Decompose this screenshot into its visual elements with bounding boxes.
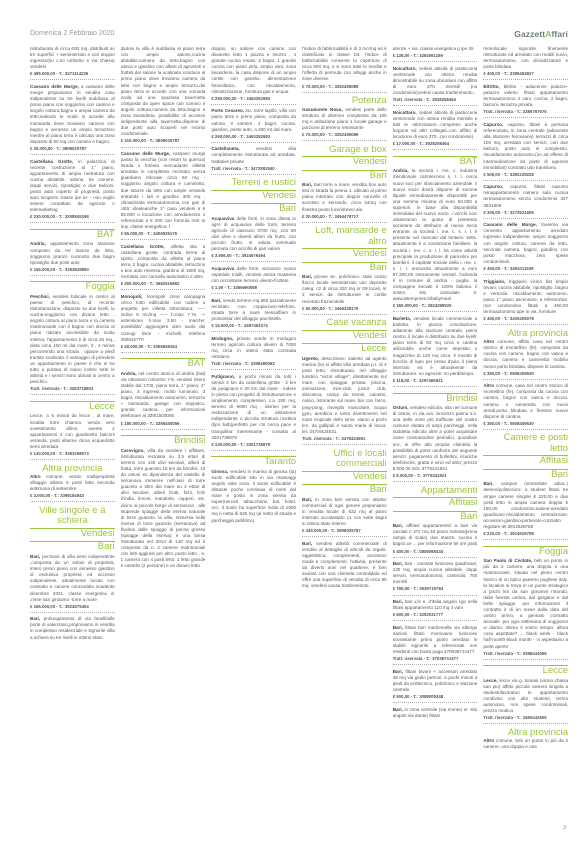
city-heading: BAT: [121, 358, 206, 370]
ad-description: doppio, un salone con camino con divanet…: [211, 46, 296, 94]
city-heading: Lecce: [302, 343, 387, 355]
ad-location: Cassano delle Murge,: [483, 222, 536, 227]
ad-description: vendesi bilocale in centro al paese di p…: [30, 294, 115, 384]
classified-ad: Ugento, descrizione: salento ad ugento m…: [302, 356, 387, 449]
ad-description: picone vic. policlinico- stale orazio fl…: [302, 274, 387, 303]
ad-description: in zona ben servita con attivita' commer…: [302, 497, 387, 526]
page-header: Domenica 2 Febbraio 2020 GazzettAffari: [30, 30, 568, 44]
ad-price-contact: € 400,00 - T.: 0808068434: [393, 548, 478, 558]
ad-body: l'indice di fabbricabilità è di 3 mc/mq …: [302, 46, 387, 83]
classified-ad: Barletta, vendesi locale commerciale a b…: [393, 316, 478, 391]
ad-price-contact: € 750,00 - T.: 3939719784: [393, 585, 478, 595]
ad-location: Castellana Grotte,: [121, 244, 165, 249]
classified-ad: Bari, prolungamento di via fanelli/alle …: [30, 616, 115, 642]
ad-description: la società i. me. c. industria meridiona…: [393, 168, 478, 301]
ad-body: Castellana Grotte, in palazzina di recen…: [30, 159, 115, 214]
category-heading: Altra provincia: [483, 329, 568, 340]
ad-location: Castellana Grotte,: [30, 159, 73, 164]
ad-price-contact: € 3.606,00 - T.: 3924676494: [211, 252, 296, 262]
ad-body: Bari, porzione di villa semi indipendent…: [30, 554, 115, 603]
category-heading: Garage e box: [302, 145, 387, 156]
column-5: utenze + iva. classe energetica g ipe 45…: [393, 46, 478, 821]
ad-description: monolocale signorile finemente ristruttu…: [483, 46, 568, 69]
ad-description: diatoni la villa è suddivisa al piano te…: [121, 46, 206, 136]
ad-description: nel centro storico di andria (bat) via o…: [121, 371, 206, 419]
ad-location: Altro: [483, 738, 494, 743]
ad-location: Bari,: [30, 554, 40, 559]
ad-description: a cassano delle murge proponiamo in vend…: [30, 84, 115, 144]
classified-ad: Capurso, capurso, fittasi a persona refe…: [483, 122, 568, 184]
ad-location: Lecce,: [483, 678, 497, 683]
classified-ad: Porto Cesareo, loc. torre lapillo, villa…: [211, 108, 296, 146]
classified-ad: Bari, in zona centrale (via monte) nr. s…: [393, 707, 478, 721]
classified-ad: Ostuni, vendesi edicola, sita nel comune…: [393, 405, 478, 486]
ad-description: comune, casa nel centro storico di monte…: [483, 383, 568, 418]
classified-ad: Putignano, a pochi minuti da tutti i ser…: [211, 374, 296, 455]
classifieds-columns: ristrutturato di circa 600 mq ,distribui…: [30, 46, 568, 821]
classified-ad: Castellana Grotte, in palazzina di recen…: [30, 159, 115, 227]
ad-body: Bari, vendesi attività commerciale di ve…: [302, 541, 387, 590]
ad-location: Bari,: [393, 599, 403, 604]
ad-body: Capurso, capurso, fittasi a persona refe…: [483, 122, 568, 171]
ad-price-contact: € 130.000,00 - T.: 3393298073: [30, 450, 115, 460]
ad-description: bari - carrassi luminoso quadrivani, 130…: [393, 561, 478, 584]
column-6: monolocale signorile finemente ristruttu…: [483, 46, 568, 821]
ad-description: ristrutturato di circa 600 mq ,distribui…: [30, 46, 115, 69]
ad-price-contact: € 180.000,00 - T.: 3395450056: [121, 420, 206, 430]
category-heading: Case vacanza: [302, 318, 387, 329]
ad-description: porzione di villa semi indipendente ,com…: [30, 554, 115, 602]
ad-body: Bari, campus (immediate adiac.) ateneo/p…: [483, 481, 568, 530]
classified-ad: Modugno, privato vende in modugno terren…: [211, 336, 296, 374]
city-heading: Lecce: [30, 401, 115, 413]
ad-body: ristrutturato di circa 600 mq ,distribui…: [30, 46, 115, 70]
ad-location: Porto Cesareo,: [211, 108, 244, 113]
city-heading: Lecce: [483, 665, 568, 677]
classified-ad: Bari, fittasi bivani + accessori arredat…: [393, 669, 478, 707]
ad-price-contact: € 30.000,00 - T.: 0808025787: [30, 145, 115, 155]
ad-price-contact: € 349.000,00 - T.: 0808025787: [302, 527, 387, 537]
ad-location: Putignano,: [211, 374, 235, 379]
category-heading: Loft, mansarde e altro: [302, 226, 387, 247]
ad-body: Bitritto, bitritto - adiacenze palazzo-p…: [483, 84, 568, 108]
ad-body: Altro comune, affitto casa nel centro st…: [483, 339, 568, 369]
ad-description: capurso, fittasi a persona referenziata,…: [483, 122, 568, 170]
classified-ad: Bari, affitasi appartamento a bari via c…: [393, 523, 478, 561]
ad-description: bari v.le e. d'italia angolo l.go sella …: [393, 599, 478, 610]
ad-location: Noicattaro,: [393, 110, 417, 115]
ad-price-contact: € 350,00 - T.: 0808409530: [483, 420, 568, 430]
city-heading: BAT: [30, 229, 115, 241]
listing-type-heading: Vendesi: [302, 248, 387, 260]
category-heading: Uffici e locali commerciali: [302, 449, 387, 470]
ad-price-contact: € 350,00 - T.: 0808409530: [483, 370, 568, 380]
classified-ad: utenze + iva. classe energetica g ipe 45…: [393, 46, 478, 66]
city-heading: Bari: [302, 484, 387, 496]
ad-description: monopoli zona campagna cerco lotto edifi…: [121, 294, 206, 342]
column-1: ristrutturato di circa 600 mq ,distribui…: [30, 46, 115, 821]
ad-body: Lecce, a 5 minuti da lecce , al mare, lo…: [30, 413, 115, 450]
ad-description: vendesi attività commerciale di vendita …: [302, 541, 387, 589]
ad-location: Bari,: [302, 182, 312, 187]
ad-price-contact: € 8.000,00 - T.: 3775341921: [393, 472, 478, 482]
classified-ad: Cassano delle Murge, traversa via conven…: [483, 222, 568, 278]
ad-description: vendo terreno mq.950 parzialmente recint…: [211, 298, 296, 321]
ad-body: Peschici, vendesi bilocale in centro al …: [30, 294, 115, 385]
classified-ad: Bari, bari v.le e. d'italia angolo l.go …: [393, 599, 478, 625]
ad-body: Altro comune, casa nel centro storico di…: [483, 383, 568, 420]
classified-ad: Bari, bari torre a mare, vendita box aut…: [302, 182, 387, 226]
ad-location: Bitritto,: [483, 84, 499, 89]
ad-location: Altro: [483, 383, 494, 388]
ad-location: Bari,: [393, 625, 403, 630]
ad-price-contact: € 60.000,00 - T.: 3466328179: [302, 305, 387, 315]
ad-description: triggiano vicino fiat ampio trivani, cuc…: [483, 279, 568, 314]
ad-description: vendesi locale commerciale a barletta, i…: [393, 316, 478, 376]
ad-description: a pochi minuti da tutti i servizi 3 km d…: [211, 374, 296, 440]
ad-body: Altro comune, bnb un punto in più da 2 c…: [483, 738, 568, 750]
ad-price-contact: € 500,00 - T.: 3392229228: [483, 171, 568, 181]
classified-ad: Altro comune, affitto casa nel centro st…: [483, 339, 568, 383]
classified-ad: Andria, la società i. me. c. industria m…: [393, 168, 478, 316]
ad-location: Bari,: [393, 523, 403, 528]
category-heading: Camere e posti letto: [483, 433, 568, 454]
classified-ad: Triggiano, triggiano vicino fiat ampio t…: [483, 279, 568, 329]
ad-body: Putignano, a pochi minuti da tutti i ser…: [211, 374, 296, 441]
ad-location: San Paolo di Civitate,: [483, 558, 532, 563]
city-heading: Foggia: [30, 281, 115, 293]
ad-description: Lecce, a 5 minuti da lecce , al mare, lo…: [30, 413, 115, 448]
ad-body: Bari, picone vic. policlinico- stale ora…: [302, 274, 387, 304]
classified-ad: Bari, fittasi bari madonnella via alberg…: [393, 625, 478, 669]
ad-price-contact: € 450,00 - T.: 3491011539: [483, 265, 568, 275]
ad-description: affitasi appartamento a bari via carolat…: [393, 523, 478, 546]
classified-ad: Cassano delle Murge, cassano murge passo…: [121, 151, 206, 244]
ad-body: Cassano delle Murge, a cassano delle mur…: [30, 84, 115, 145]
classified-ad: Andria, nel centro storico di andria (ba…: [121, 371, 206, 433]
ad-price-contact: Tratt. riservata - T.: 3393718803: [30, 385, 115, 395]
ad-price-contact: Tratt. riservata - T.: 3465442609: [483, 714, 568, 724]
ad-location: Cassano delle Murge,: [30, 84, 79, 89]
ad-description: beb un punto in più da 2 camere, una dop…: [483, 558, 568, 648]
ad-body: Noicattaro, cedesi attività di pasticcer…: [393, 66, 478, 96]
ad-price-contact: € 20.000,00 - T.: 3494479717: [302, 213, 387, 223]
ad-description: campus (immediate adiac.) ateneo/politec…: [483, 481, 568, 529]
classified-ad: Peschici, vendesi bilocale in centro al …: [30, 294, 115, 399]
ad-location: Acquaviva: [211, 266, 234, 271]
ad-body: Andria, la società i. me. c. industria m…: [393, 168, 478, 302]
classified-ad: ristrutturato di circa 600 mq ,distribui…: [30, 46, 115, 84]
ad-body: Barletta, vendesi locale commerciale a b…: [393, 316, 478, 377]
classified-ad: Ginosa, vendesi in marina di ginosa (ta)…: [211, 469, 296, 525]
page-number: 3: [563, 825, 566, 831]
ad-description: l'indice di fabbricabilità è di 3 mc/mq …: [302, 46, 387, 81]
ad-location: Bari,: [483, 481, 493, 486]
ad-location: Andria,: [121, 371, 137, 376]
classified-ad: Bari, bari - carrassi luminoso quadrivan…: [393, 561, 478, 599]
ad-body: Bari, bari torre a mare, vendita box aut…: [302, 182, 387, 212]
column-4: l'indice di fabbricabilità è di 3 mc/mq …: [302, 46, 387, 821]
city-heading: BAT: [393, 156, 478, 168]
ad-body: Andria, nel centro storico di andria (ba…: [121, 371, 206, 420]
ad-body: Castellana Grotte, villetta sita a caste…: [121, 244, 206, 281]
logo-rest: ffari: [551, 29, 568, 39]
ad-body: Ginosa, vendesi in marina di ginosa (ta)…: [211, 469, 296, 524]
ad-price-contact: € 400,00 - T.: 3389484827: [483, 70, 568, 80]
ad-price-contact: € 70.000,00 - T.: 3262495089: [302, 131, 387, 141]
classified-ad: Altro comune, vendo multiproprietà villa…: [30, 474, 115, 506]
ad-location: Andria,: [30, 241, 46, 246]
listing-type-heading: Vendesi: [302, 156, 387, 168]
ad-body: Monopoli, monopoli zona campagna cerco l…: [121, 294, 206, 343]
ad-price-contact: Tratt. riservata - T.: 3472982940: [211, 165, 296, 175]
ad-description: vendesi edicola, sita nel comune di ostu…: [393, 405, 478, 471]
ad-body: monolocale signorile finemente ristruttu…: [483, 46, 568, 70]
ad-price-contact: € 165.000,00 - T.: 3924675404: [30, 603, 115, 613]
ad-price-contact: € 250.000,00 - T.: 3463252683: [211, 95, 296, 105]
ad-body: Altro comune, vendo multiproprietà villa…: [30, 474, 115, 492]
ad-body: Bari, vendo terreno mq.950 parzialmente …: [211, 298, 296, 322]
classified-ad: Monopoli, monopoli zona campagna cerco l…: [121, 294, 206, 356]
ad-price-contact: € 250.000,00 - T.: 3682516882: [121, 280, 206, 290]
classified-ad: Bari, campus (immediate adiac.) ateneo/p…: [483, 481, 568, 543]
ad-body: Bari, in zona centrale (via monte) nr. s…: [393, 707, 478, 719]
listing-type-heading: Vendesi: [302, 330, 387, 342]
ad-location: Ostuni,: [393, 405, 409, 410]
newspaper-logo: GazzettAffari: [514, 29, 568, 39]
ad-price-contact: € 128,00 - T.: 3284061169: [393, 52, 478, 62]
ad-description: utenze + iva. classe energetica g ipe 45: [393, 46, 474, 51]
ad-price-contact: € 220,00 - T.: 3914529758: [483, 530, 568, 540]
classified-ad: Acquaviva delle fonti, vicinanze nuovo o…: [211, 266, 296, 298]
ad-location: Andria,: [393, 168, 409, 173]
ad-location: Capurso,: [483, 122, 503, 127]
classified-ad: Lecce, a 5 minuti da lecce , al mare, lo…: [30, 413, 115, 463]
ad-price-contact: € 450,00 - T.: 3400405078: [483, 315, 568, 325]
ad-location: Modugno,: [211, 336, 233, 341]
ad-location: Bari,: [302, 274, 312, 279]
classified-ad: Noicattaro, cedesi attività di pasticcer…: [393, 66, 478, 110]
ad-body: Noicattaro, cedesi attività di pasticcer…: [393, 110, 478, 140]
classified-ad: Bari, vendesi attività commerciale di ve…: [302, 541, 387, 591]
ad-description: vendesi in marina di ginosa (ta) suolo e…: [211, 469, 296, 523]
ad-price-contact: Tratt. riservata - T.: 3398480063: [211, 360, 296, 370]
city-heading: Brindisi: [121, 435, 206, 447]
ad-body: Capurso, capurso, fittasi capurso minapp…: [483, 184, 568, 208]
ad-location: Bari,: [393, 707, 403, 712]
ad-price-contact: € 1,00 - T.: 3356690589: [211, 284, 296, 294]
ad-price-contact: Tratt. riservata - T.: 3928258464: [393, 96, 478, 106]
city-heading: Bari: [483, 469, 568, 481]
issue-date: Domenica 2 Febbraio 2020: [30, 30, 114, 37]
ad-body: Cassano delle Murge, cassano murge passo…: [121, 151, 206, 230]
classified-ad: Cassano delle Murge, a cassano delle mur…: [30, 84, 115, 159]
ad-price-contact: € 65.000,00 - T.: 3406929179: [121, 230, 206, 240]
ad-description: lecce via g. tomasi (vicino chiesa san p…: [483, 678, 568, 713]
city-heading: Bari: [211, 203, 296, 215]
ad-description: traversa via convento appartamento arred…: [483, 222, 568, 264]
category-heading: Altra provincia: [483, 728, 568, 739]
ad-description: fittasi bivani + accessori arredato 45 m…: [393, 669, 478, 692]
ad-location: Bari,: [302, 497, 312, 502]
classified-ad: Bari, picone vic. policlinico- stale ora…: [302, 274, 387, 318]
ad-body: Cassano delle Murge, traversa via conven…: [483, 222, 568, 265]
ad-location: Castellaneta,: [211, 146, 239, 151]
classified-ad: l'indice di fabbricabilità è di 3 mc/mq …: [302, 46, 387, 96]
ad-location: Bari,: [211, 298, 221, 303]
classified-ad: Bari, vendo terreno mq.950 parzialmente …: [211, 298, 296, 336]
category-heading: Ville singole e a schiera: [30, 506, 115, 527]
ad-price-contact: € 500,00 - T.: 3088009348: [393, 693, 478, 703]
ad-price-contact: € 350.000,00 - T.: 3924289925: [393, 302, 478, 312]
ad-body: San Paolo di Civitate, beb un punto in p…: [483, 558, 568, 649]
ad-body: Andria, appartamento zona stazione compo…: [30, 241, 115, 265]
ad-location: Ugento,: [302, 356, 319, 361]
ad-price-contact: € 40.000,00 - T.: 3356848164: [121, 343, 206, 353]
city-heading: Bari: [302, 262, 387, 274]
classified-ad: Altro comune, bnb un punto in più da 2 c…: [483, 738, 568, 752]
ad-location: Monopoli,: [121, 294, 143, 299]
ad-description: in palazzina di recente costruzione al 1…: [30, 159, 115, 213]
ad-description: cassano murge passo la vecchia (con reso…: [121, 151, 206, 229]
column-3: doppio, un salone con camino con divanet…: [211, 46, 296, 821]
ad-price-contact: Tratt. riservata - T.: 3388444059: [483, 650, 568, 660]
category-heading: Altra provincia: [30, 464, 115, 475]
ad-body: Gasumonte Nova, vendesi parte dello stru…: [302, 107, 387, 131]
ad-location: Bari,: [30, 616, 40, 621]
ad-location: Bari,: [393, 669, 403, 674]
ad-location: Bari,: [393, 561, 403, 566]
ad-location: Barletta,: [393, 316, 411, 321]
city-heading: Brindisi: [393, 393, 478, 405]
ad-description: villetta sita a castellana grotte, contr…: [121, 244, 206, 279]
ad-body: doppio, un salone con camino con divanet…: [211, 46, 296, 95]
ad-body: Triggiano, triggiano vicino fiat ampio t…: [483, 279, 568, 316]
ad-description: in zona centrale (via monte) nr. sito an…: [393, 707, 478, 718]
ad-body: utenze + iva. classe energetica g ipe 45: [393, 46, 478, 52]
ad-location: Ginosa,: [211, 469, 228, 474]
category-heading: Appartamenti: [393, 486, 478, 497]
ad-price-contact: Tratt. riservata - T.: 3703873J477: [393, 655, 478, 665]
ad-price-contact: Tratt. riservata - T.: 3478424591: [302, 435, 387, 445]
ad-body: Modugno, privato vende in modugno terren…: [211, 336, 296, 360]
ad-body: Bari, bari v.le e. d'italia angolo l.go …: [393, 599, 478, 611]
classified-ad: Castellaneta, vendesi villa completament…: [211, 146, 296, 178]
ad-description: comune, affitto casa nel centro storico …: [483, 339, 568, 368]
ad-location: Cassano delle Murge,: [121, 151, 171, 156]
ad-body: Bari, fittasi bivani + accessori arredat…: [393, 669, 478, 693]
ad-location: Acquaviva: [211, 216, 234, 221]
ad-description: descrizione: salento ad ugento marina (l…: [302, 356, 387, 434]
ad-body: Bari, bari - carrassi luminoso quadrivan…: [393, 561, 478, 585]
ad-description: comune, bnb un punto in più da 2 camere,…: [483, 738, 568, 749]
ad-body: Lecce, lecce via g. tomasi (vicino chies…: [483, 678, 568, 715]
ad-body: Bari, fittasi bari madonnella via alberg…: [393, 625, 478, 655]
column-2: diatoni la villa è suddivisa al piano te…: [121, 46, 206, 821]
ad-body: Bari, prolungamento di via fanelli/alle …: [30, 616, 115, 640]
ad-description: fittasi bari madonnella via albergo nazi…: [393, 625, 478, 654]
ad-price-contact: € 300,00 - T.: 3273621606: [483, 209, 568, 219]
listing-type-heading: Affitasi: [393, 497, 478, 509]
city-heading: Bari: [30, 541, 115, 553]
ad-body: Acquaviva delle fonti, in zona ditosa in…: [211, 216, 296, 253]
listing-type-heading: Vendesi: [211, 190, 296, 202]
ad-price-contact: € 155.000,00 - T.: 3293828850: [30, 266, 115, 276]
classified-ad: Bari, porzione di villa semi indipendent…: [30, 554, 115, 616]
listing-type-heading: Affitasi: [483, 455, 568, 467]
ad-price-contact: € 600,00 - T.: 3292031777: [393, 611, 478, 621]
ad-location: Gasumonte Nova,: [302, 107, 343, 112]
ad-body: Ugento, descrizione: salento ad ugento m…: [302, 356, 387, 435]
ad-location: Altro: [30, 474, 41, 479]
ad-description: delle fonti, in zona ditosa in agro di a…: [211, 216, 296, 251]
classified-ad: Bari, in zona ben servita con attivita' …: [302, 497, 387, 541]
ad-body: Porto Cesareo, loc. torre lapillo, villa…: [211, 108, 296, 132]
classified-ad: Capurso, capurso, fittasi capurso minapp…: [483, 184, 568, 222]
ad-location: Triggiano,: [483, 279, 505, 284]
ad-body: diatoni la villa è suddivisa al piano te…: [121, 46, 206, 137]
ad-description: comune, vendo multiproprietà villaggio a…: [30, 474, 115, 491]
classified-ad: diatoni la villa è suddivisa al piano te…: [121, 46, 206, 151]
ad-price-contact: € 118,00 - T.: 3297465521: [393, 377, 478, 387]
classified-ad: Castellana Grotte, villetta sita a caste…: [121, 244, 206, 294]
ad-price-contact: € 120.000,00 - T.: 3301738878: [211, 441, 296, 451]
ad-location: Peschici,: [30, 294, 50, 299]
ad-body: Castellaneta, vendesi villa completament…: [211, 146, 296, 164]
classified-ad: monolocale signorile finemente ristruttu…: [483, 46, 568, 84]
ad-price-contact: € 310.000,00 - T.: 0808025787: [121, 137, 206, 147]
classified-ad: San Paolo di Civitate, beb un punto in p…: [483, 558, 568, 663]
city-heading: Bari: [302, 170, 387, 182]
logo-main: Gazzett: [514, 29, 545, 39]
ad-location: Capurso,: [483, 184, 503, 189]
classified-ad: doppio, un salone con camino con divanet…: [211, 46, 296, 108]
ad-price-contact: € 230.000,00 - T.: 3208845168: [30, 213, 115, 223]
city-heading: Taranto: [211, 456, 296, 468]
classified-ad: Lecce, lecce via g. tomasi (vicino chies…: [483, 678, 568, 728]
ad-description: prolungamento di via fanelli/alle porte …: [30, 616, 115, 639]
ad-location: Altro: [483, 339, 494, 344]
ad-body: Ostuni, vendesi edicola, sita nel comune…: [393, 405, 478, 472]
ad-price-contact: € 260.000,00 - T.: 3463252683: [211, 133, 296, 143]
classified-ad: Andria, appartamento zona stazione compo…: [30, 241, 115, 279]
classified-ad: Gasumonte Nova, vendesi parte dello stru…: [302, 107, 387, 145]
ad-price-contact: € 499.000,00 - T.: 3471114226: [30, 70, 115, 80]
ad-location: Noicattaro,: [393, 66, 417, 71]
ad-body: Bari, in zona ben servita con attivita' …: [302, 497, 387, 527]
ad-body: Bari, affitasi appartamento a bari via c…: [393, 523, 478, 547]
ad-price-contact: € 70.000,00 - T.: 3262495089: [302, 83, 387, 93]
ad-body: Acquaviva delle fonti, vicinanze nuovo o…: [211, 266, 296, 284]
ad-body: Carovigno, villa da vendere / affittare,…: [121, 448, 206, 570]
category-heading: Terreni e rustici: [211, 178, 296, 189]
classified-ad: Altro comune, casa nel centro storico di…: [483, 383, 568, 433]
ad-location: Bari,: [302, 541, 312, 546]
ad-price-contact: Tratt. riservata - T.: 3385767675: [483, 108, 568, 118]
ad-price-contact: € 15.000,00 - T.: 3487463374: [211, 322, 296, 332]
ad-description: villa da vendere / affittare, ristruttur…: [121, 448, 206, 569]
classified-ad: Bitritto, bitritto - adiacenze palazzo-p…: [483, 84, 568, 122]
category-heading: Potenza: [302, 96, 387, 107]
ad-price-contact: € 17.000,00 - T.: 3928258464: [393, 140, 478, 150]
classified-ad: Acquaviva delle fonti, in zona ditosa in…: [211, 216, 296, 266]
listing-type-heading: Vendesi: [302, 471, 387, 483]
ad-location: Carovigno,: [121, 448, 145, 453]
city-heading: Bari: [393, 511, 478, 523]
listing-type-heading: Vendesi: [30, 528, 115, 540]
ad-description: bari torre a mare, vendita box auto sito…: [302, 182, 387, 211]
classified-ad: Noicattaro, cedesi attività di pasticcer…: [393, 110, 478, 154]
